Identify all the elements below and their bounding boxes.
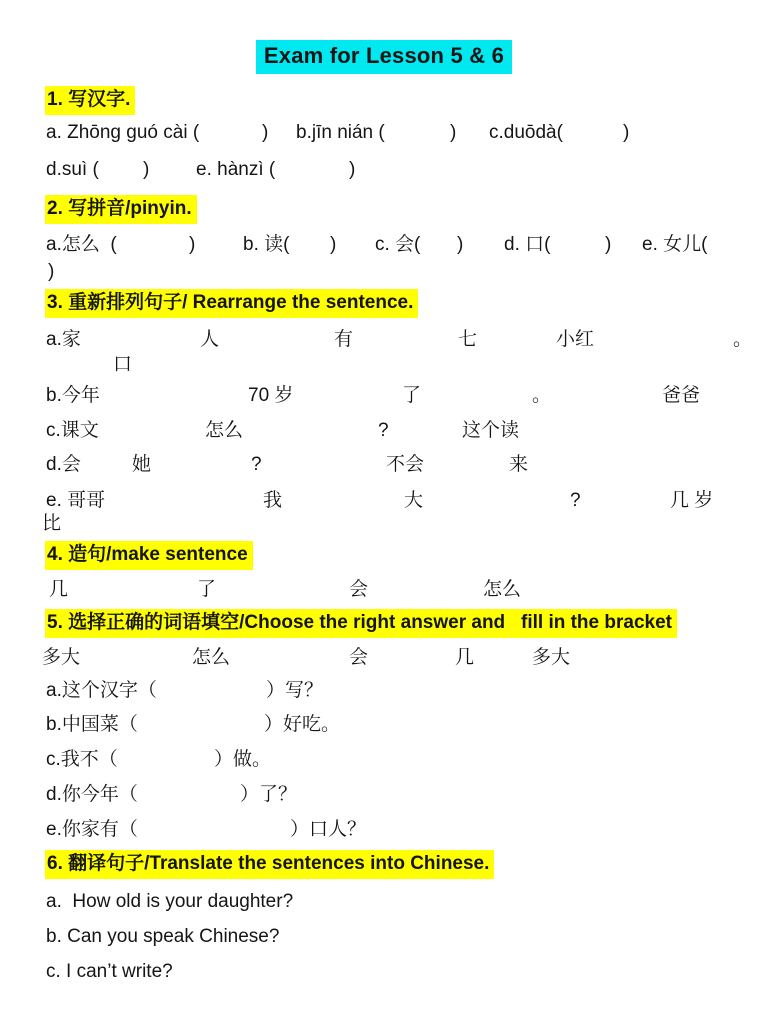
text-segment: 不会	[386, 452, 424, 477]
section-3-item-a: a.家人有七小红。	[0, 327, 768, 353]
page-title: Exam for Lesson 5 & 6	[256, 40, 512, 74]
text-segment: b.今年	[46, 383, 100, 408]
section-3-item-e-cont: 比	[0, 511, 768, 537]
text-segment: 有	[334, 327, 353, 352]
text-segment: b.jīn nián (	[296, 120, 385, 145]
section-3-item-b: b.今年70 岁了。爸爸	[0, 383, 768, 409]
text-segment: 怎么	[483, 577, 521, 602]
text-segment: 了	[402, 383, 421, 408]
text-segment: 几	[49, 577, 68, 602]
section-5-item-e: e.你家有（）口人？	[0, 817, 768, 843]
text-segment: e. 女儿(	[642, 232, 707, 257]
text-segment: 会	[349, 645, 368, 670]
section-heading-text: 4. 造句/make sentence	[45, 541, 253, 570]
text-segment: )	[143, 157, 149, 182]
text-segment: )	[457, 232, 463, 257]
section-5-words: 多大怎么会几多大	[0, 645, 768, 671]
text-segment: 爸爸	[662, 383, 700, 408]
text-segment: 人	[200, 327, 219, 352]
section-2-items-wrap: )	[0, 259, 768, 285]
text-segment: a.这个汉字（	[46, 678, 157, 703]
text-segment: a. How old is your daughter?	[46, 889, 293, 914]
text-segment: 多大	[42, 645, 80, 670]
text-segment: 。	[532, 383, 551, 408]
text-segment: )	[48, 259, 54, 284]
text-segment: )	[605, 232, 611, 257]
text-segment: 这个读	[462, 418, 519, 443]
section-6-heading: 6. 翻译句子/Translate the sentences into Chi…	[0, 850, 768, 876]
text-segment: 大	[404, 488, 423, 513]
text-segment: e. 哥哥	[46, 488, 105, 513]
text-segment: 70 岁	[248, 383, 293, 408]
text-segment: 比	[42, 511, 61, 536]
text-segment: b.中国菜（	[46, 712, 138, 737]
text-segment: 几	[455, 645, 474, 670]
text-segment: 口	[113, 352, 132, 377]
section-3-heading: 3. 重新排列句子/ Rearrange the sentence.	[0, 289, 768, 315]
section-2-items: a.怎么 ()b. 读()c. 会()d. 口()e. 女儿(	[0, 232, 768, 258]
text-segment: ）口人？	[290, 817, 366, 842]
section-heading-text: 5. 选择正确的词语填空/Choose the right answer and…	[45, 609, 677, 638]
text-segment: d.会	[46, 452, 81, 477]
text-segment: )	[623, 120, 629, 145]
text-segment: c.duōdà(	[489, 120, 563, 145]
section-3-item-c: c.课文怎么?这个读	[0, 418, 768, 444]
text-segment: c.我不（	[46, 747, 118, 772]
text-segment: ?	[378, 418, 389, 443]
section-5-item-b: b.中国菜（）好吃。	[0, 712, 768, 738]
text-segment: 她	[132, 452, 151, 477]
section-5-heading: 5. 选择正确的词语填空/Choose the right answer and…	[0, 609, 768, 635]
text-segment: c. I can’t write?	[46, 959, 173, 984]
text-segment: ?	[251, 452, 262, 477]
text-segment: 小红	[556, 327, 594, 352]
section-5-item-c: c.我不（）做。	[0, 747, 768, 773]
text-segment: 我	[263, 488, 282, 513]
text-segment: a.怎么 (	[46, 232, 117, 257]
text-segment: d.suì (	[46, 157, 99, 182]
text-segment: e. hànzì (	[196, 157, 275, 182]
section-5-item-a: a.这个汉字（）写？	[0, 678, 768, 704]
section-3-item-a-cont: 口	[0, 352, 768, 378]
section-6-item-b: b. Can you speak Chinese?	[0, 924, 768, 950]
section-1-items-de: d.suì ()e. hànzì ()	[0, 157, 768, 183]
text-segment: ）好吃。	[264, 712, 340, 737]
text-segment: )	[189, 232, 195, 257]
section-heading-text: 6. 翻译句子/Translate the sentences into Chi…	[45, 850, 494, 879]
text-segment: ?	[570, 488, 581, 513]
section-heading-text: 3. 重新排列句子/ Rearrange the sentence.	[45, 289, 418, 318]
text-segment: 会	[349, 577, 368, 602]
text-segment: 几 岁	[670, 488, 713, 513]
section-heading-text: 1. 写汉字.	[45, 86, 135, 115]
section-2-heading: 2. 写拼音/pinyin.	[0, 195, 768, 221]
section-3-item-d: d.会她?不会来	[0, 452, 768, 478]
text-segment: 七	[458, 327, 477, 352]
section-4-heading: 4. 造句/make sentence	[0, 541, 768, 567]
text-segment: e.你家有（	[46, 817, 138, 842]
text-segment: a.家	[46, 327, 81, 352]
text-segment: ）做。	[214, 747, 271, 772]
text-segment: c. 会(	[375, 232, 420, 257]
section-heading-text: 2. 写拼音/pinyin.	[45, 195, 197, 224]
text-segment: b. 读(	[243, 232, 289, 257]
text-segment: d.你今年（	[46, 782, 138, 807]
page-title-row: Exam for Lesson 5 & 6	[0, 40, 768, 74]
text-segment: )	[262, 120, 268, 145]
exam-page: Exam for Lesson 5 & 6 1. 写汉字.a. Zhōng gu…	[0, 0, 768, 1024]
section-5-item-d: d.你今年（）了？	[0, 782, 768, 808]
section-1-items-abc: a. Zhōng guó cài ()b.jīn nián ()c.duōdà(…	[0, 120, 768, 146]
section-4-words: 几了会怎么	[0, 577, 768, 603]
section-6-item-a: a. How old is your daughter?	[0, 889, 768, 915]
text-segment: ）了？	[240, 782, 297, 807]
text-segment: 多大	[532, 645, 570, 670]
text-segment: 来	[509, 452, 528, 477]
section-6-item-c: c. I can’t write?	[0, 959, 768, 985]
text-segment: )	[349, 157, 355, 182]
text-segment: 了	[197, 577, 216, 602]
text-segment: ）写？	[266, 678, 323, 703]
text-segment: 怎么	[205, 418, 243, 443]
text-segment: 。	[733, 327, 752, 352]
text-segment: )	[450, 120, 456, 145]
section-1-heading: 1. 写汉字.	[0, 86, 768, 112]
text-segment: a. Zhōng guó cài (	[46, 120, 199, 145]
text-segment: d. 口(	[504, 232, 550, 257]
text-segment: b. Can you speak Chinese?	[46, 924, 279, 949]
text-segment: c.课文	[46, 418, 99, 443]
text-segment: )	[330, 232, 336, 257]
text-segment: 怎么	[192, 645, 230, 670]
